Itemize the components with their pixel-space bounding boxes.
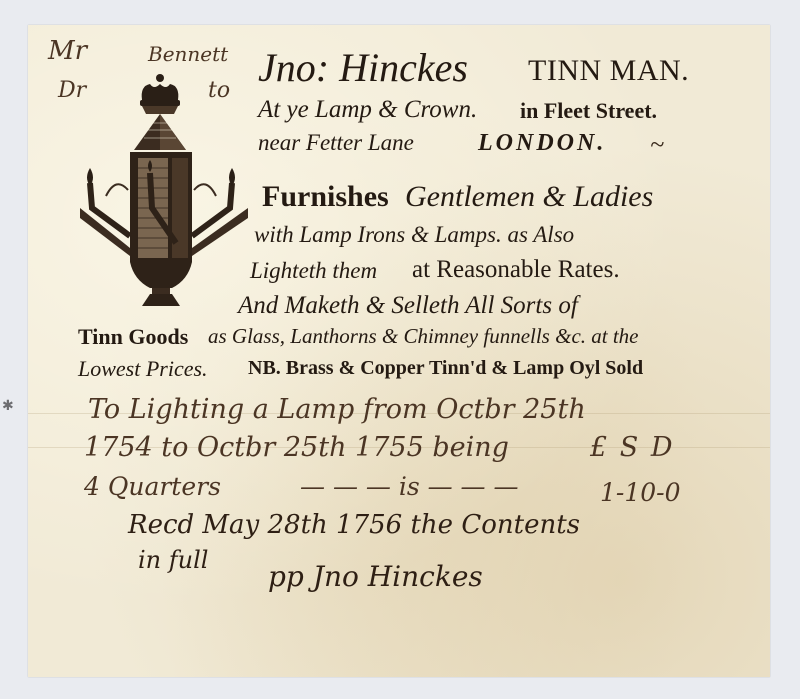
- maketh-line: And Maketh & Selleth All Sorts of: [238, 292, 578, 320]
- bill-line-2: 1754 to Octbr 25th 1755 being: [84, 432, 509, 463]
- proprietor-name: Jno: Hinckes: [258, 44, 468, 91]
- receipt-signature: pp Jno Hinckes: [268, 560, 483, 593]
- city-name: LONDON.: [478, 130, 606, 157]
- lowest-prices: Lowest Prices.: [78, 356, 208, 382]
- lamp-and-crown-icon: [80, 68, 250, 313]
- tinn-goods-list: as Glass, Lanthorns & Chimney funnells &…: [208, 324, 639, 349]
- addressee-name: Bennett: [148, 42, 228, 66]
- bill-amount: 1-10-0: [600, 478, 681, 507]
- nota-bene-line: NB. Brass & Copper Tinn'd & Lamp Oyl Sol…: [248, 357, 643, 380]
- street-address: in Fleet Street.: [520, 98, 657, 124]
- furnishes-label: Furnishes: [262, 180, 389, 214]
- bill-line-1: To Lighting a Lamp from Octbr 25th: [88, 394, 586, 425]
- flourish-ornament: ~: [650, 130, 664, 160]
- receipt-line-1: Recd May 28th 1756 the Contents: [128, 510, 580, 540]
- lighteth-line-roman: at Reasonable Rates.: [412, 256, 620, 284]
- sign-name: At ye Lamp & Crown.: [258, 96, 477, 124]
- addressee-title: Mr: [48, 36, 87, 66]
- currency-header: £ S D: [590, 432, 675, 463]
- bill-is-dashes: — — — is — — —: [300, 472, 519, 501]
- lamp-irons-line: with Lamp Irons & Lamps. as Also: [254, 222, 574, 248]
- furnishes-clients: Gentlemen & Ladies: [405, 180, 653, 214]
- receipt-line-2: in full: [138, 546, 208, 574]
- trade-title: TINN MAN.: [528, 54, 689, 88]
- tinn-goods-label: Tinn Goods: [78, 324, 188, 350]
- near-location: near Fetter Lane: [258, 130, 414, 156]
- bill-quarters: 4 Quarters: [84, 472, 221, 501]
- margin-asterisk-mark: ✱: [2, 398, 14, 414]
- lighteth-line-script: Lighteth them: [250, 258, 377, 284]
